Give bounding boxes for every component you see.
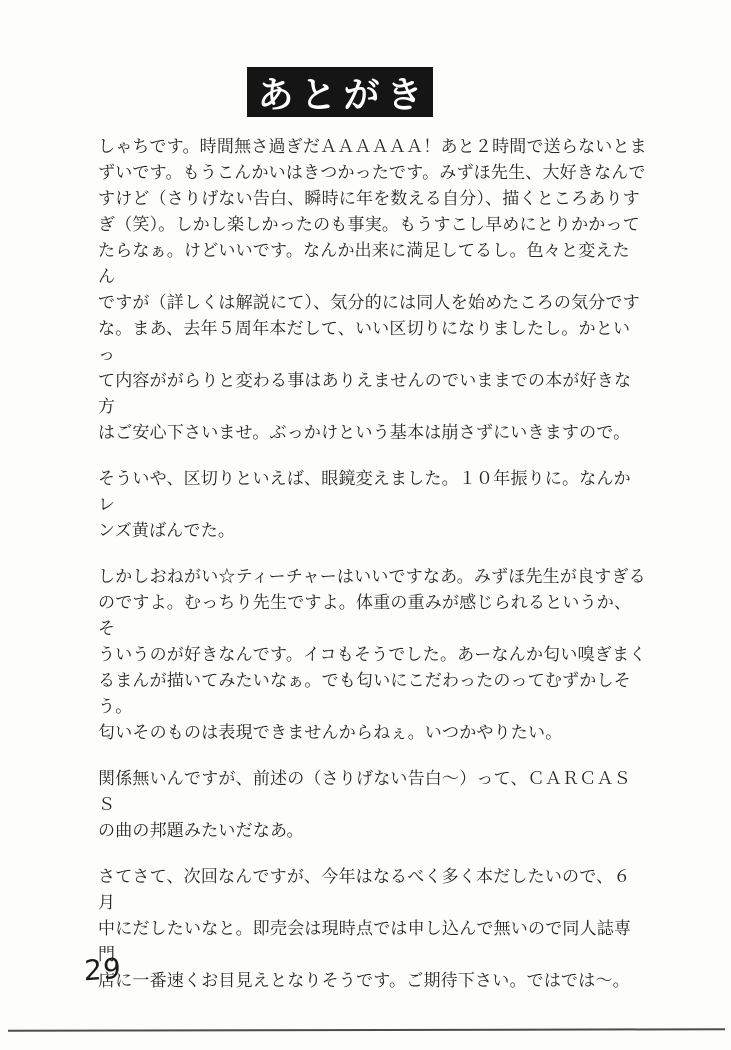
afterword-paragraph: さてさて、次回なんですが、今年はなるべく多く本だしたいので、６月 中にだしたいな… (98, 864, 647, 994)
afterword-paragraph: しかしおねがい☆ティーチャーはいいですなあ。みずほ先生が良すぎる のですよ。むっ… (98, 564, 647, 746)
afterword-title-box: あとがき (247, 67, 433, 117)
afterword-page: あとがき しゃちです。時間無さ過ぎだＡＡＡＡＡＡ！あと２時間で送らないとま ずい… (0, 0, 731, 1050)
afterword-paragraph: しゃちです。時間無さ過ぎだＡＡＡＡＡＡ！あと２時間で送らないとま ずいです。もう… (98, 134, 647, 446)
afterword-paragraph: そういや、区切りといえば、眼鏡変えました。１０年振りに。なんかレ ンズ黄ばんでた… (98, 466, 647, 544)
scan-edge-rule (8, 1028, 725, 1032)
afterword-body: しゃちです。時間無さ過ぎだＡＡＡＡＡＡ！あと２時間で送らないとま ずいです。もう… (98, 134, 647, 1014)
handwritten-page-number: 29 (84, 952, 122, 988)
afterword-paragraph: 関係無いんですが、前述の（さりげない告白～）って、ＣＡＲＣＡＳＳ の曲の邦題みた… (98, 766, 647, 844)
page-title: あとがき (257, 67, 429, 118)
